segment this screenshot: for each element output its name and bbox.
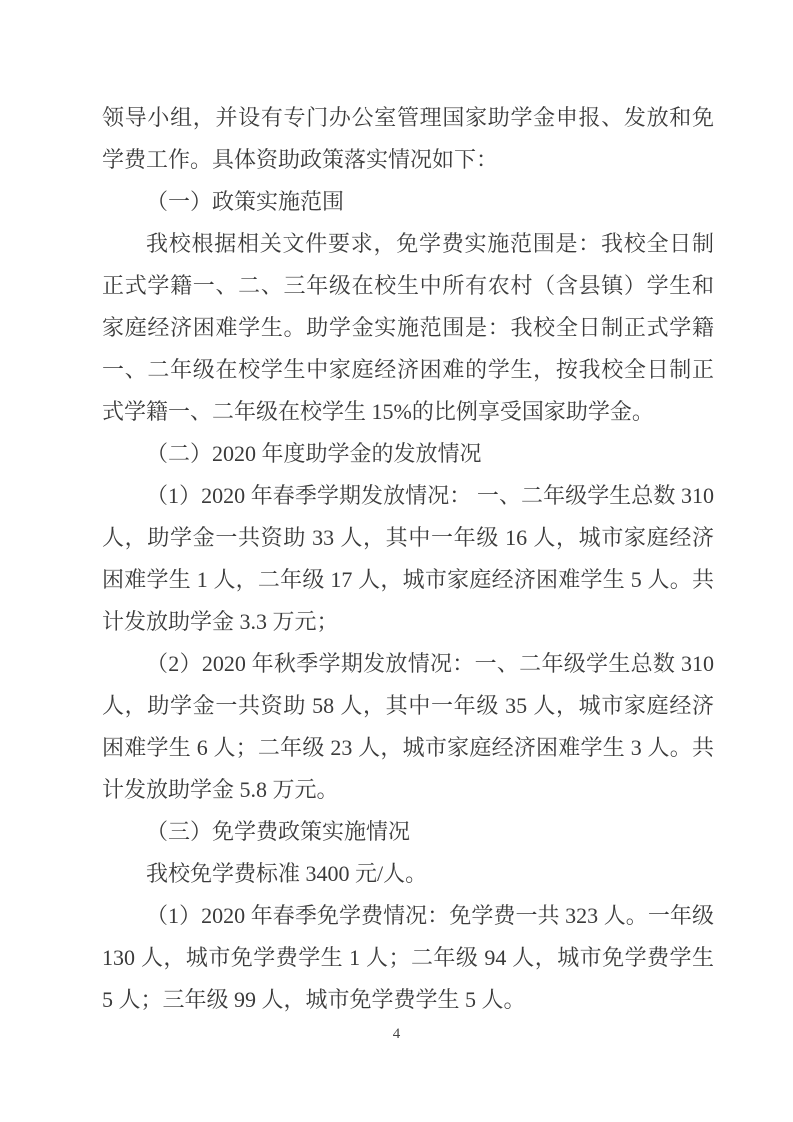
paragraph-tuition-standard: 我校免学费标准 3400 元/人。	[102, 853, 714, 895]
paragraph-policy-scope: 我校根据相关文件要求，免学费实施范围是：我校全日制正式学籍一、二、三年级在校生中…	[102, 223, 714, 433]
paragraph-autumn-grant: （2）2020 年秋季学期发放情况：一、二年级学生总数 310 人，助学金一共资…	[102, 643, 714, 811]
page-number: 4	[0, 1024, 793, 1044]
document-body: 领导小组，并设有专门办公室管理国家助学金申报、发放和免学费工作。具体资助政策落实…	[102, 97, 714, 1021]
section-heading-1: （一）政策实施范围	[102, 181, 714, 223]
section-heading-3: （三）免学费政策实施情况	[102, 811, 714, 853]
document-page: 领导小组，并设有专门办公室管理国家助学金申报、发放和免学费工作。具体资助政策落实…	[0, 0, 793, 1122]
paragraph-spring-grant: （1）2020 年春季学期发放情况： 一、二年级学生总数 310 人，助学金一共…	[102, 475, 714, 643]
paragraph-continuation: 领导小组，并设有专门办公室管理国家助学金申报、发放和免学费工作。具体资助政策落实…	[102, 97, 714, 181]
section-heading-2: （二）2020 年度助学金的发放情况	[102, 433, 714, 475]
paragraph-spring-tuition-waiver: （1）2020 年春季免学费情况：免学费一共 323 人。一年级 130 人，城…	[102, 895, 714, 1021]
